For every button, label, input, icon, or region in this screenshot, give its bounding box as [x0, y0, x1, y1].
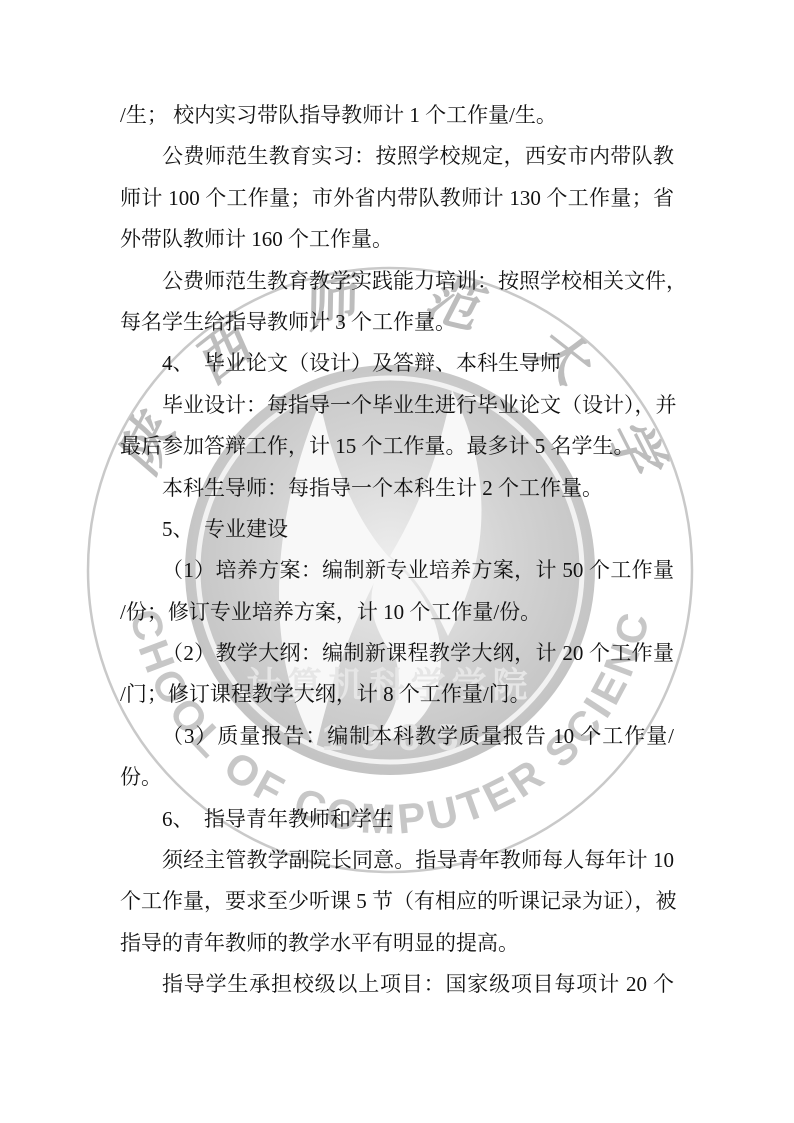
text-line: 个工作量，要求至少听课 5 节（有相应的听课记录为证），被 [120, 881, 674, 922]
text-line: 公费师范生教育教学实践能力培训：按照学校相关文件， [120, 261, 674, 302]
text-line: 6、 指导青年教师和学生 [120, 799, 674, 840]
text-line: 5、 专业建设 [120, 509, 674, 550]
text-line: 须经主管教学副院长同意。指导青年教师每人每年计 10 [120, 840, 674, 881]
text-line: 指导的青年教师的教学水平有明显的提高。 [120, 923, 674, 964]
text-line: （1）培养方案：编制新专业培养方案，计 50 个工作量 [120, 550, 674, 591]
text-line: 最后参加答辩工作，计 15 个工作量。最多计 5 名学生。 [120, 426, 674, 467]
text-line: /生； 校内实习带队指导教师计 1 个工作量/生。 [120, 95, 674, 136]
document-body: /生； 校内实习带队指导教师计 1 个工作量/生。公费师范生教育实习：按照学校规… [120, 95, 674, 1006]
text-line: /门；修订课程教学大纲，计 8 个工作量/门。 [120, 674, 674, 715]
text-line: 指导学生承担校级以上项目：国家级项目每项计 20 个 [120, 964, 674, 1005]
text-line: 份。 [120, 757, 674, 798]
text-line: 毕业设计：每指导一个毕业生进行毕业论文（设计），并 [120, 385, 674, 426]
text-line: 公费师范生教育实习：按照学校规定，西安市内带队教 [120, 136, 674, 177]
text-line: /份；修订专业培养方案，计 10 个工作量/份。 [120, 592, 674, 633]
text-line: （2）教学大纲：编制新课程教学大纲，计 20 个工作量 [120, 633, 674, 674]
text-line: 师计 100 个工作量；市外省内带队教师计 130 个工作量；省 [120, 178, 674, 219]
text-line: （3）质量报告：编制本科教学质量报告 10 个工作量/ [120, 716, 674, 757]
text-line: 本科生导师：每指导一个本科生计 2 个工作量。 [120, 468, 674, 509]
text-line: 4、 毕业论文（设计）及答辩、本科生导师 [120, 343, 674, 384]
text-line: 每名学生给指导教师计 3 个工作量。 [120, 302, 674, 343]
text-line: 外带队教师计 160 个工作量。 [120, 219, 674, 260]
document-page: 陕 西 师 范 大 学 SCHOOL OF COMPUTER SCIENCE 计… [0, 0, 794, 1123]
